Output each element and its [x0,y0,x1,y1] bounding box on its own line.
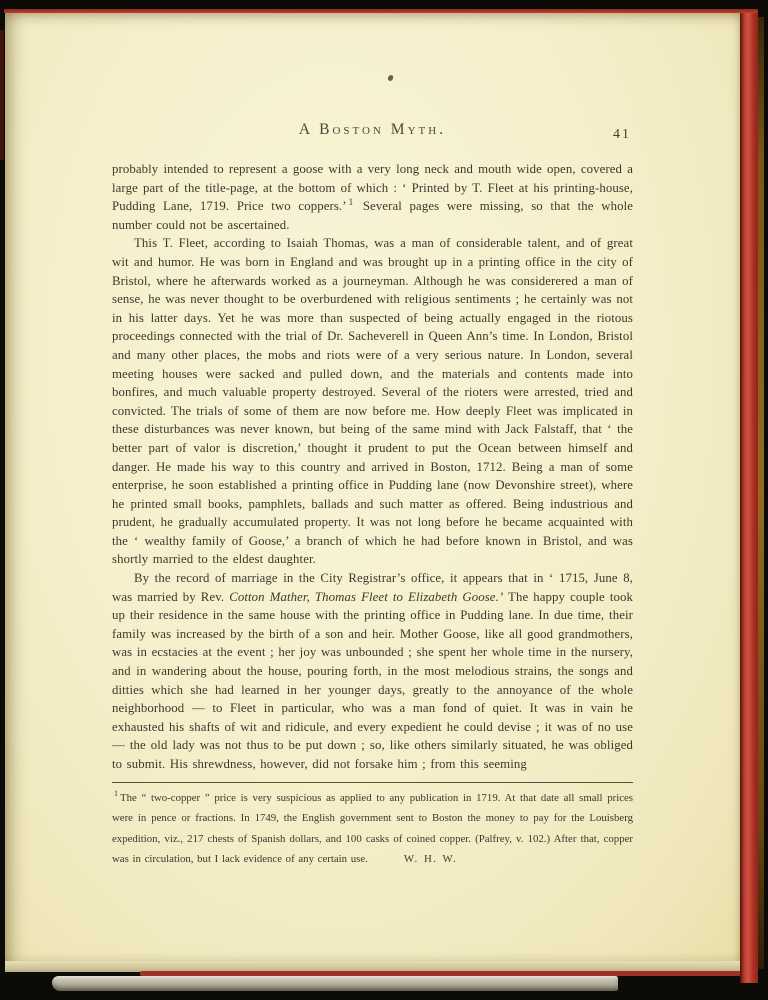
book-page: A Boston Myth. 41 probably intended to r… [5,13,740,965]
footnote-reference: 1 [349,197,354,207]
paragraph-3-marriage-record-italic: Cotton Mather, Thomas Fleet to Elizabeth… [229,590,503,604]
body-text: probably intended to represent a goose w… [112,160,633,774]
paragraph-3: By the record of marriage in the City Re… [112,569,633,774]
footnote-rule [112,782,633,783]
footnote-text: The “ two-copper ” price is very suspici… [112,792,633,866]
binding-left-edge [0,30,4,160]
page-content: A Boston Myth. 41 probably intended to r… [112,121,633,870]
footnote-signature: W. H. W. [404,849,458,870]
paragraph-1: probably intended to represent a goose w… [112,160,633,234]
right-gold-page-edges [758,17,764,969]
page-number: 41 [613,127,631,143]
footnote-block: 1The “ two-copper ” price is very suspic… [112,782,633,870]
right-red-page-edges [740,13,758,983]
footnote: 1The “ two-copper ” price is very suspic… [112,788,633,870]
bottom-page-stack [52,976,618,991]
ink-speck [387,74,393,81]
page-header: A Boston Myth. 41 [112,121,633,147]
book-scan: { "header": { "title": "A Boston Myth.",… [0,0,768,1000]
running-title: A Boston Myth. [112,121,633,139]
paragraph-2: This T. Fleet, according to Isaiah Thoma… [112,234,633,569]
footnote-marker: 1 [114,789,118,798]
paragraph-3-continuation: The happy couple took up their residence… [112,590,633,771]
